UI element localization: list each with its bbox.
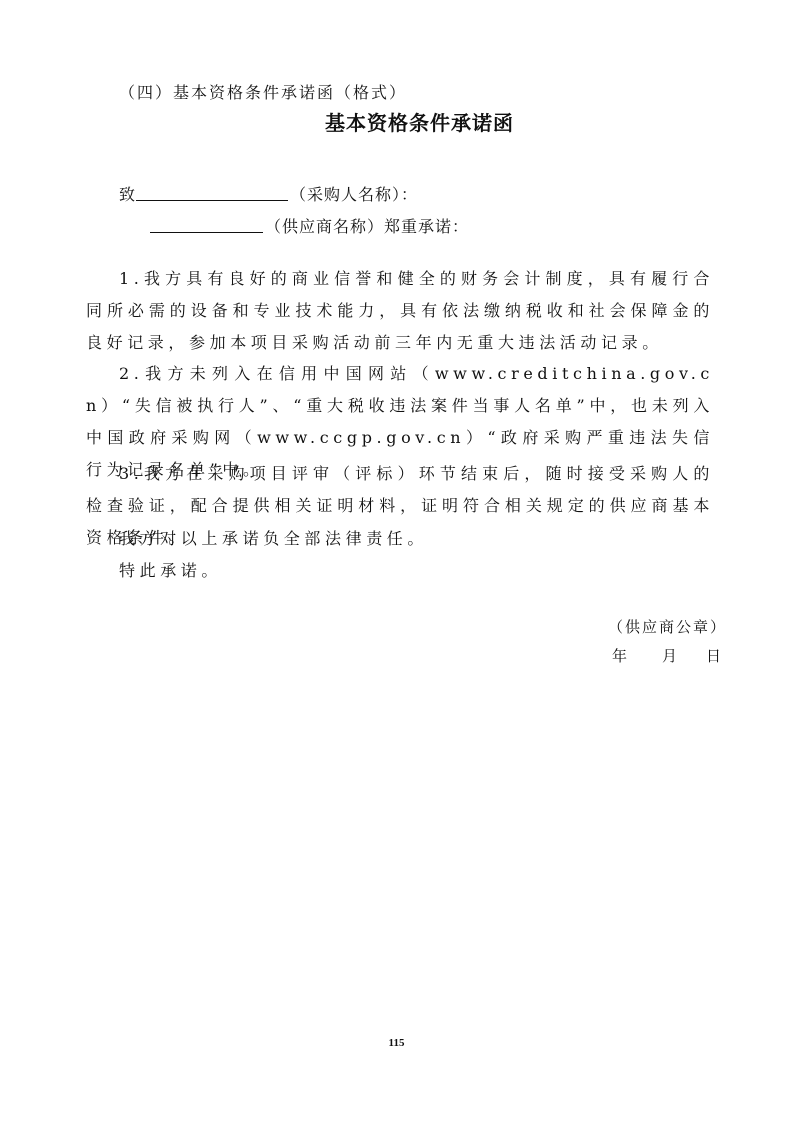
- date-month: 月: [662, 646, 706, 666]
- supplier-line: （供应商名称）郑重承诺：: [150, 215, 469, 238]
- supplier-label: （供应商名称）郑重承诺：: [265, 216, 469, 238]
- date-day: 日: [706, 646, 723, 666]
- signature-date: 年 月 日: [612, 646, 723, 666]
- section-heading: （四）基本资格条件承诺函（格式）: [119, 83, 407, 103]
- commitment-paragraph-1: 1.我方具有良好的商业信誉和健全的财务会计制度，具有履行合同所必需的设备和专业技…: [86, 263, 714, 359]
- document-title: 基本资格条件承诺函: [0, 110, 793, 136]
- liability-statement: 我方对以上承诺负全部法律责任。: [86, 523, 714, 555]
- purchaser-label: （采购人名称）：: [290, 184, 418, 206]
- purchaser-name-blank[interactable]: [136, 184, 288, 201]
- addressee-line: 致 （采购人名称）：: [119, 183, 418, 206]
- addressee-prefix: 致: [119, 184, 136, 206]
- document-page: （四）基本资格条件承诺函（格式） 基本资格条件承诺函 致 （采购人名称）： （供…: [0, 0, 793, 1122]
- closing-statement: 特此承诺。: [86, 555, 714, 587]
- date-year: 年: [612, 646, 662, 666]
- supplier-name-blank[interactable]: [150, 216, 263, 233]
- supplier-seal-label: （供应商公章）: [608, 617, 727, 637]
- page-number: 115: [0, 1036, 793, 1050]
